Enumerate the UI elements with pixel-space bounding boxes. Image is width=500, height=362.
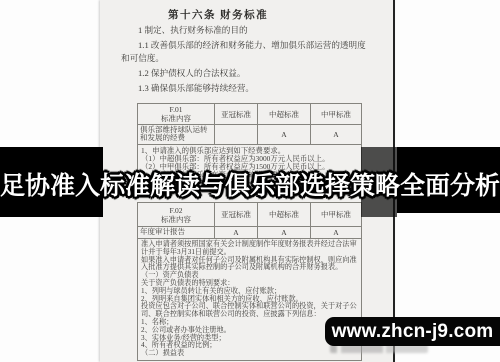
row-label: 年度审计报告 [138,227,215,239]
site-watermark: www.zhcn-j9.com [325,317,500,346]
table-header-row: F.02 标准内容 亚冠标准 中超标准 中甲标准 [138,203,362,227]
column-header: 标准内容 [140,215,212,224]
note-line: 投资应包含对子公司、联合控制实体和联营公司的投资，关于对子公司、联合控制实体和联… [141,303,358,319]
cell-value: A [258,125,311,145]
column-header: 中超标准 [258,203,311,227]
cell-value: A [215,227,258,239]
row-label: 俱乐部维持球队运转和发展的经费 [138,125,215,145]
note-line: （二）损益表 [141,350,358,358]
document-heading: 第十六条 财务标准 [168,7,268,22]
paragraph: 1.3 确保俱乐部能够持续经营。 [121,82,373,95]
cell-value: A [258,227,311,239]
table-header-row: F.01 标准内容 亚冠标准 中超标准 中甲标准 [138,104,362,125]
cell-value [215,125,258,145]
table-code: F.02 [140,206,212,215]
overlay-headline: 足协准入标准解读与俱乐部选择策略全面分析 [0,166,500,202]
table-code-cell: F.01 标准内容 [138,104,215,125]
cell-value: A [311,227,362,239]
table-row: 年度审计报告 A A A [138,227,362,239]
screenshot-canvas: 第十六条 财务标准 1 制定、执行财务标准的目的 1.1 改善俱乐部的经济和财务… [0,0,500,362]
table-row: 俱乐部维持球队运转和发展的经费 A A [138,125,362,145]
paragraph: 1 制定、执行财务标准的目的 [121,24,373,37]
note-line: 如果准入申请者对任何子公司及附属机构具有实际控制权，则应向准入批准方提供其实际控… [141,257,358,273]
table-code-cell: F.02 标准内容 [138,203,215,227]
column-header: 中超标准 [258,104,311,125]
document-paragraphs: 1 制定、执行财务标准的目的 1.1 改善俱乐部的经济和财务能力、增加俱乐部运营… [121,24,373,97]
column-header: 亚冠标准 [215,203,258,227]
column-header: 中甲标准 [311,203,362,227]
column-header: 中甲标准 [311,104,362,125]
table-code: F.01 [140,105,212,114]
paragraph: 1.2 保护债权人的合法权益。 [121,67,373,80]
column-header: 标准内容 [140,114,212,123]
note-line: 准入申请者须按照国家有关会计制度制作年度财务报表并经过合法审计并于每年3月31日… [141,241,358,257]
paragraph: 1.1 改善俱乐部的经济和财务能力、增加俱乐部运营的透明度和可信度。 [121,39,373,65]
cell-value: A [311,125,362,145]
column-header: 亚冠标准 [215,104,258,125]
